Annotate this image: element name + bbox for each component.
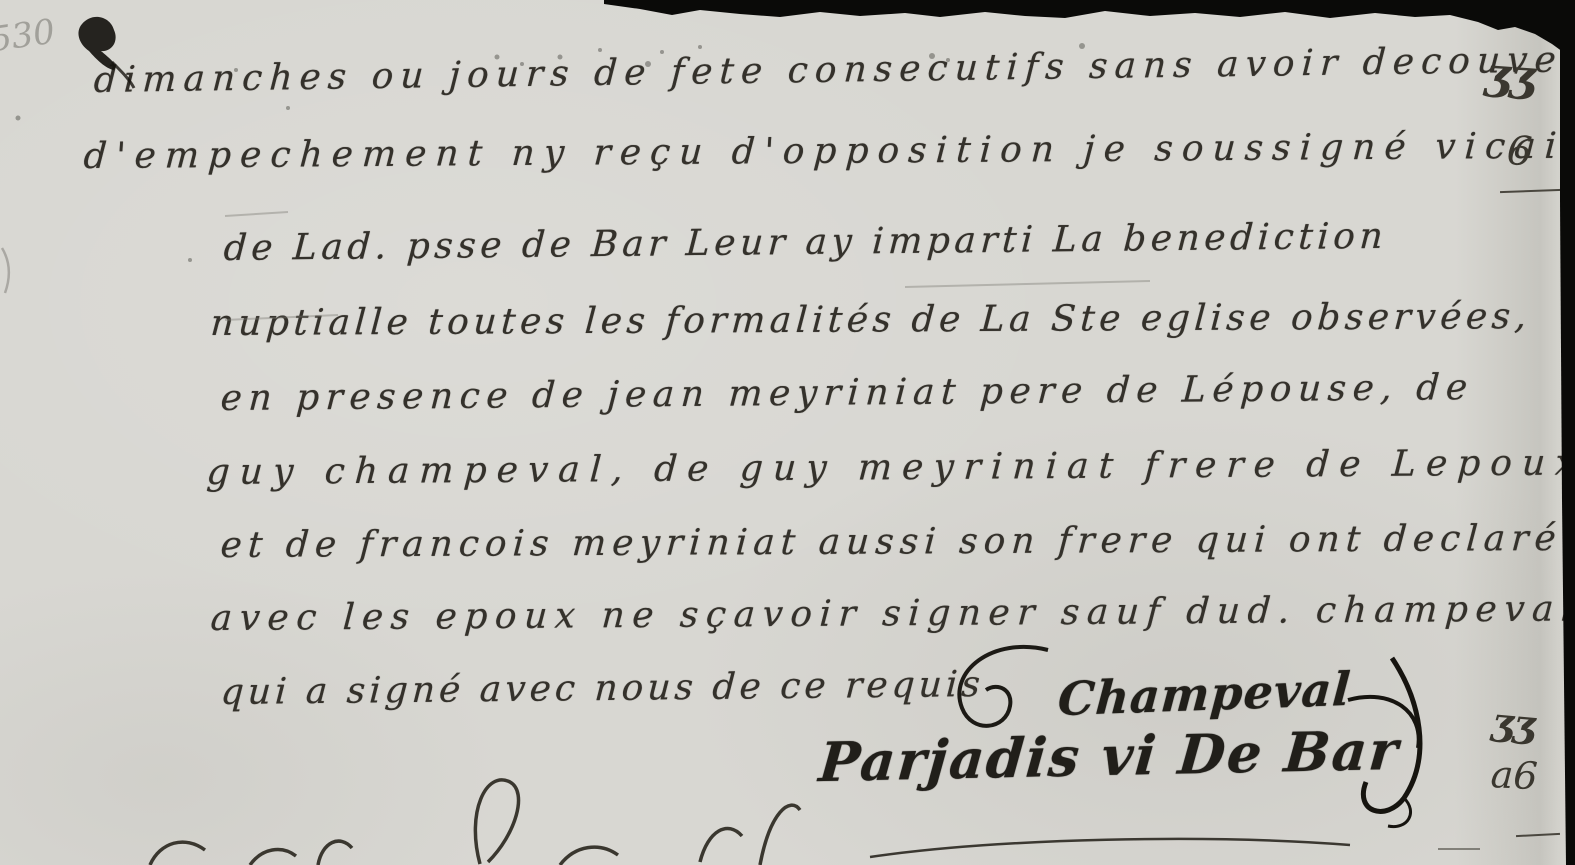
signature-paraph <box>1348 658 1420 827</box>
ink-blot-tail <box>112 62 134 88</box>
signature-underline-flourish <box>870 839 1350 857</box>
ink-blot <box>78 17 115 70</box>
paper-specks <box>16 43 1086 262</box>
showthrough-lines <box>225 212 1150 320</box>
cutoff-next-line-strokes <box>150 780 800 865</box>
scanned-register-page: 530 dimanches ou jours de fete consecuti… <box>0 0 1575 865</box>
signature-curl <box>959 647 1048 726</box>
left-edge-mark <box>2 248 9 293</box>
scan-black-top-edge <box>604 0 1575 60</box>
scan-artifacts-layer <box>0 0 1575 865</box>
scan-black-right-edge <box>1560 30 1575 865</box>
